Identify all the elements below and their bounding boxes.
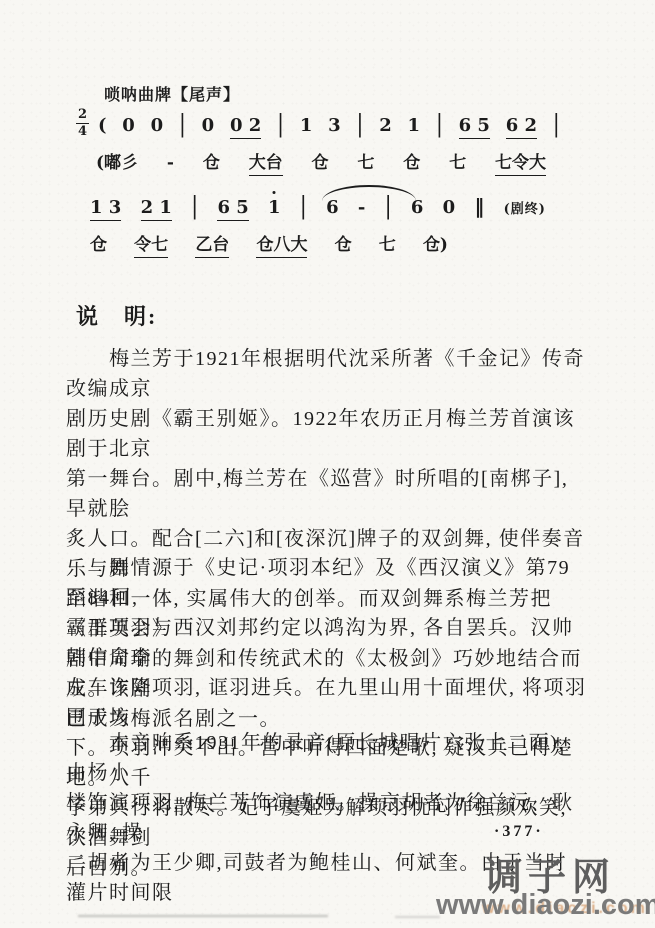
jianpu-note-token: -	[358, 197, 365, 218]
jianpu-note-token: |	[385, 192, 392, 220]
jianpu-note-token: 6 5	[459, 115, 490, 139]
jianpu-note-token: 6 5	[217, 197, 248, 221]
percussion-token: (嘟彡	[96, 148, 138, 173]
jianpu-notes-line-1: (00|00 2|13|21|6 56 2|	[98, 112, 560, 139]
section-heading: 说 明:	[76, 300, 157, 331]
tune-label: 唢呐曲牌【尾声】	[104, 82, 240, 105]
paragraph-line: 剧情源于《史记·项羽本纪》及《西汉演义》第79至84回,	[66, 553, 588, 613]
percussion-token: 七令大	[495, 148, 546, 176]
jianpu-notes-line-2: 1 32 1|6 51|6-|60‖(剧终)	[90, 194, 546, 221]
paragraph-line: 左车诈降项羽, 诓羽进兵。在九里山用十面埋伏, 将项羽围于垓	[66, 673, 588, 733]
percussion-token: 七	[357, 148, 374, 173]
time-signature: 2 4	[76, 108, 89, 138]
jianpu-note-token: |	[436, 110, 443, 138]
jianpu-note-token: |	[300, 192, 307, 220]
jianpu-note-token: 6 2	[506, 115, 537, 139]
jianpu-note-token: 3	[328, 115, 341, 136]
percussion-token: 仓	[203, 148, 220, 173]
page-number: ·377·	[494, 823, 544, 841]
jianpu-note-token: 2 1	[141, 197, 172, 221]
jianpu-note-token: 2	[379, 115, 392, 136]
percussion-token: 仓	[335, 230, 352, 255]
percussion-token: -	[167, 153, 174, 173]
percussion-token: 七	[449, 148, 466, 173]
jianpu-note-token: 1 3	[90, 197, 121, 221]
jianpu-note-token: ‖	[474, 194, 484, 218]
percussion-token: 仓)	[423, 230, 448, 255]
jianpu-note-token: 6	[411, 197, 424, 218]
scan-smudge	[395, 916, 440, 918]
percussion-token: 仓	[403, 148, 420, 173]
percussion-line-1: (嘟彡-仓大台仓七仓七七令大	[96, 148, 546, 176]
jianpu-note-token: 6	[326, 197, 339, 218]
watermark-site-url: www.diaozi.com	[436, 889, 655, 922]
paragraph-line: 梅兰芳于1921年根据明代沈采所著《千金记》传奇改编成京	[66, 344, 588, 404]
scan-smudge	[78, 915, 328, 917]
jianpu-note-token: |	[179, 110, 186, 138]
jianpu-note-token: 1	[300, 115, 313, 136]
jianpu-note-token: 0	[151, 115, 164, 136]
percussion-token: 令七	[134, 230, 168, 258]
jianpu-note-token: (剧终)	[504, 198, 546, 217]
jianpu-note-token: 0 2	[230, 115, 261, 139]
jianpu-note-token: 0	[443, 197, 456, 218]
percussion-token: 仓	[312, 148, 329, 173]
jianpu-note-token: 0	[122, 115, 135, 136]
jianpu-note-token: |	[356, 110, 363, 138]
percussion-token: 乙台	[195, 230, 229, 258]
jianpu-note-token: |	[553, 110, 560, 138]
jianpu-note-token: |	[191, 192, 198, 220]
jianpu-note-token: 0	[202, 115, 215, 136]
percussion-line-2: 仓令七乙台仓八大仓七仓)	[90, 230, 448, 258]
percussion-token: 仓八大	[256, 230, 307, 258]
jianpu-note-token: (	[98, 115, 107, 136]
paragraph-line: 霸王项羽与西汉刘邦约定以鸿沟为界, 各自罢兵。汉帅韩信命李	[66, 613, 588, 673]
scanned-book-page: 唢呐曲牌【尾声】 2 4 (00|00 2|13|21|6 56 2| (嘟彡-…	[0, 0, 655, 928]
percussion-token: 七	[379, 230, 396, 255]
percussion-token: 仓	[90, 230, 107, 255]
jianpu-note-token: |	[277, 110, 284, 138]
jianpu-note-token: 1	[408, 115, 421, 136]
paragraph-line: 本音响系1931年的录音(原长城唱片六张十二面), 由杨小	[66, 728, 588, 788]
paragraph-line: 第一舞台。剧中,梅兰芳在《巡营》时所唱的[南梆子], 早就脍	[66, 464, 588, 524]
percussion-token: 大台	[249, 148, 283, 176]
meter-denominator: 4	[78, 125, 87, 139]
meter-numerator: 2	[78, 108, 87, 122]
paragraph-line: 剧历史剧《霸王别姬》。1922年农历正月梅兰芳首演该剧于北京	[66, 404, 588, 464]
jianpu-note-token: 1	[268, 197, 281, 218]
